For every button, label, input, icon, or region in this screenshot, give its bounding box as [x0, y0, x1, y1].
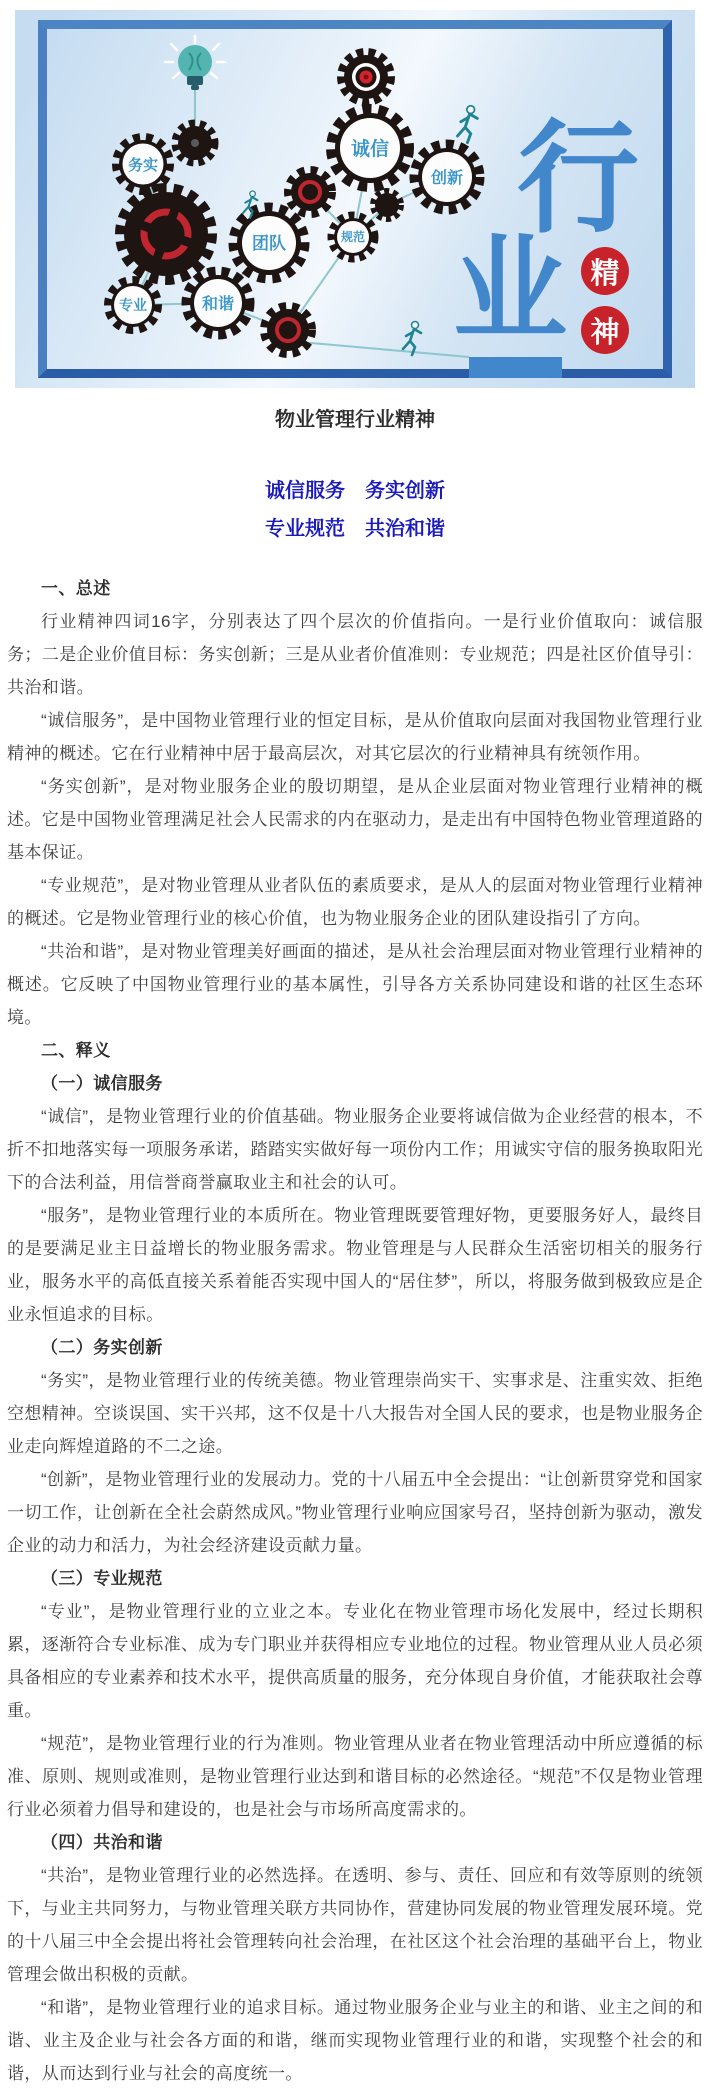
gear-icon-bottom-red — [264, 306, 312, 354]
slogan-line-1: 诚信服务 务实创新 — [0, 472, 710, 510]
article-block: “务实”，是物业管理行业的传统美德。物业管理崇尚实干、实事求是、注重实效、拒绝空… — [7, 1364, 703, 1463]
article-block: “服务”，是物业管理行业的本质所在。物业管理既要管理好物，更要服务好人，最终目的… — [7, 1199, 703, 1331]
gear-chengxin: 诚信 — [331, 109, 409, 187]
gear-chuangxin: 创新 — [414, 144, 480, 210]
article-block: （三）专业规范 — [7, 1562, 703, 1595]
article-block: “和谐”，是物业管理行业的追求目标。通过物业服务企业与业主的和谐、业主之间的和谐… — [7, 1991, 703, 2090]
gear-label-hexie: 和谐 — [202, 294, 234, 313]
hero-banner: 行 业 — [15, 10, 695, 388]
article-block: （二）务实创新 — [7, 1331, 703, 1364]
gear-label-chuangxin: 创新 — [430, 168, 463, 187]
article-block: “专业规范”，是对物业管理从业者队伍的素质要求，是从人的层面对物业管理行业精神的… — [7, 869, 703, 935]
article-block: “诚信服务”，是中国物业管理行业的恒定目标，是从价值取向层面对我国物业管理行业精… — [7, 704, 703, 770]
hero-seal-jing: 精 — [581, 247, 629, 295]
gear-hexie: 和谐 — [186, 271, 250, 335]
slogan-line-2: 专业规范 共治和谐 — [0, 510, 710, 548]
gear-label-wushi: 务实 — [128, 156, 158, 174]
person-icon-2 — [458, 106, 478, 143]
gear-icon-large-red — [120, 188, 212, 280]
lightbulb-icon — [165, 36, 225, 90]
slogan: 诚信服务 务实创新 专业规范 共治和谐 — [0, 472, 710, 548]
article-block: 一、总述 — [7, 572, 703, 605]
article-block: 行业精神四词16字，分别表达了四个层次的价值指向。一是行业价值取向：诚信服务；二… — [7, 605, 703, 704]
article-block: “共治和谐”，是对物业管理美好画面的描述，是从社会治理层面对物业管理行业精神的概… — [7, 935, 703, 1034]
gear-icon-mid-red — [288, 170, 332, 214]
article-body: 一、总述行业精神四词16字，分别表达了四个层次的价值指向。一是行业价值取向：诚信… — [0, 572, 710, 2090]
gear-label-guifan: 规范 — [340, 229, 365, 244]
target-gear-icon — [341, 52, 391, 102]
article-block: “诚信”，是物业管理行业的价值基础。物业服务企业要将诚信做为企业经营的根本，不折… — [7, 1100, 703, 1199]
page-title: 物业管理行业精神 — [0, 405, 710, 435]
article-block: （一）诚信服务 — [7, 1067, 703, 1100]
gear-label-tuandui: 团队 — [252, 233, 286, 253]
article-block: 二、释义 — [7, 1034, 703, 1067]
gear-wushi: 务实 — [116, 137, 170, 191]
gear-label-chengxin: 诚信 — [351, 137, 389, 160]
article-block: “务实创新”，是对物业服务企业的殷切期望，是从企业层面对物业管理行业精神的概述。… — [7, 770, 703, 869]
hero-seal-shen: 神 — [581, 306, 629, 354]
gear-zhuanye: 专业 — [108, 280, 158, 330]
article-block: “共治”，是物业管理行业的必然选择。在透明、参与、责任、回应和有效等原则的统领下… — [7, 1859, 703, 1991]
gear-label-zhuanye: 专业 — [119, 297, 147, 313]
article-block: “专业”，是物业管理行业的立业之本。专业化在物业管理市场化发展中，经过长期积累，… — [7, 1595, 703, 1727]
article-block: “规范”，是物业管理行业的行为准则。物业管理从业者在物业管理活动中所应遵循的标准… — [7, 1727, 703, 1826]
person-icon-3 — [403, 322, 421, 356]
article-block: （四）共治和谐 — [7, 1826, 703, 1859]
gear-icon-small-top — [175, 123, 215, 163]
article-block: “创新”，是物业管理行业的发展动力。党的十八届五中全会提出：“让创新贯穿党和国家… — [7, 1463, 703, 1562]
gear-tuandui: 团队 — [233, 207, 305, 279]
